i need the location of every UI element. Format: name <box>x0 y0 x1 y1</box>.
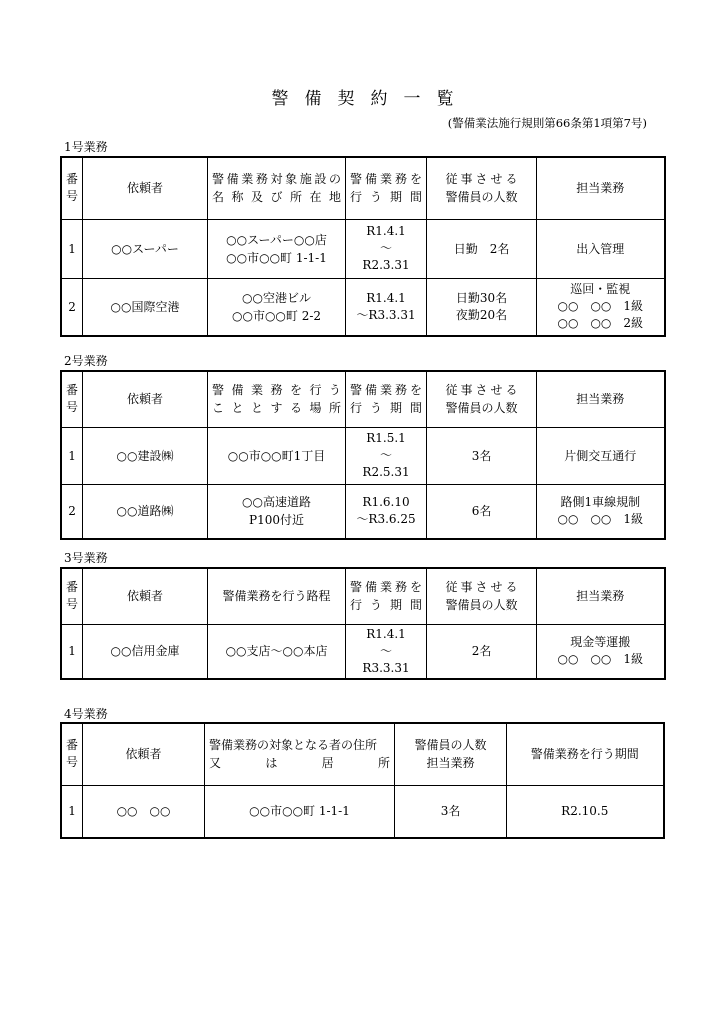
section-label-3: 3号業務 <box>64 549 108 566</box>
table-row: 1 ○○ ○○ ○○市○○町 1-1-1 3名 R2.10.5 <box>61 785 664 838</box>
col-header-guards: 従事させる警備員の人数 <box>427 371 537 427</box>
cell-place: ○○高速道路P100付近 <box>208 484 346 539</box>
cell-place: ○○市○○町1丁目 <box>208 427 346 484</box>
cell-period: R2.10.5 <box>507 785 664 838</box>
table-header-row: 番号 依頼者 警備業務を行う路程 警備業務を行う期間 従事させる警備員の人数 担… <box>61 568 665 624</box>
cell-number: 2 <box>61 484 83 539</box>
col-header-client: 依頼者 <box>83 157 208 219</box>
col-header-duty: 担当業務 <box>537 568 665 624</box>
table-row: 1 ○○スーパー ○○スーパー○○店○○市○○町 1-1-1 R1.4.1～R2… <box>61 219 665 278</box>
table-row: 2 ○○道路㈱ ○○高速道路P100付近 R1.6.10～R3.6.25 6名 … <box>61 484 665 539</box>
cell-duty: 片側交互通行 <box>537 427 665 484</box>
table-row: 1 ○○信用金庫 ○○支店～○○本店 R1.4.1～R3.3.31 2名 現金等… <box>61 624 665 679</box>
col-header-client: 依頼者 <box>83 568 208 624</box>
col-header-client: 依頼者 <box>83 723 205 785</box>
cell-guards: 6名 <box>427 484 537 539</box>
cell-number: 1 <box>61 785 83 838</box>
col-header-guards: 従事させる警備員の人数 <box>427 157 537 219</box>
document-page: 警備契約一覧 (警備業法施行規則第66条第1項第7号) 1号業務 番号 依頼者 … <box>0 0 725 1024</box>
contracts-table-4: 番号 依頼者 警備業務の対象となる者の住所又は居所 警備員の人数担当業務 警備業… <box>60 722 665 839</box>
cell-address: ○○市○○町 1-1-1 <box>205 785 395 838</box>
cell-guards: 2名 <box>427 624 537 679</box>
contracts-table-1: 番号 依頼者 警備業務対象施設の名称及び所在地 警備業務を行う期間 従事させる警… <box>60 156 666 337</box>
cell-number: 1 <box>61 427 83 484</box>
cell-route: ○○支店～○○本店 <box>208 624 346 679</box>
cell-client: ○○信用金庫 <box>83 624 208 679</box>
col-header-number: 番号 <box>61 157 83 219</box>
col-header-guards: 従事させる警備員の人数 <box>427 568 537 624</box>
table-row: 2 ○○国際空港 ○○空港ビル○○市○○町 2-2 R1.4.1～R3.3.31… <box>61 278 665 336</box>
cell-duty: 巡回・監視○○ ○○ 1級○○ ○○ 2級 <box>537 278 665 336</box>
cell-client: ○○建設㈱ <box>83 427 208 484</box>
col-header-client: 依頼者 <box>83 371 208 427</box>
contracts-table-2: 番号 依頼者 警備業務を行うこととする場所 警備業務を行う期間 従事させる警備員… <box>60 370 666 540</box>
document-title: 警備契約一覧 <box>0 84 725 109</box>
col-header-duty: 担当業務 <box>537 371 665 427</box>
section-label-4: 4号業務 <box>64 705 108 722</box>
col-header-period: 警備業務を行う期間 <box>346 568 427 624</box>
cell-period: R1.5.1～R2.5.31 <box>346 427 427 484</box>
cell-client: ○○道路㈱ <box>83 484 208 539</box>
table-header-row: 番号 依頼者 警備業務を行うこととする場所 警備業務を行う期間 従事させる警備員… <box>61 371 665 427</box>
col-header-number: 番号 <box>61 568 83 624</box>
cell-guards: 3名 <box>427 427 537 484</box>
cell-duty: 路側1車線規制○○ ○○ 1級 <box>537 484 665 539</box>
cell-period: R1.4.1～R3.3.31 <box>346 278 427 336</box>
cell-period: R1.4.1～R3.3.31 <box>346 624 427 679</box>
cell-duty: 出入管理 <box>537 219 665 278</box>
section-label-1: 1号業務 <box>64 138 108 155</box>
cell-client: ○○スーパー <box>83 219 208 278</box>
col-header-address: 警備業務の対象となる者の住所又は居所 <box>205 723 395 785</box>
col-header-period: 警備業務を行う期間 <box>346 371 427 427</box>
table-header-row: 番号 依頼者 警備業務の対象となる者の住所又は居所 警備員の人数担当業務 警備業… <box>61 723 664 785</box>
cell-facility: ○○空港ビル○○市○○町 2-2 <box>208 278 346 336</box>
cell-number: 1 <box>61 219 83 278</box>
cell-client: ○○国際空港 <box>83 278 208 336</box>
cell-duty: 現金等運搬○○ ○○ 1級 <box>537 624 665 679</box>
table-header-row: 番号 依頼者 警備業務対象施設の名称及び所在地 警備業務を行う期間 従事させる警… <box>61 157 665 219</box>
col-header-place: 警備業務を行うこととする場所 <box>208 371 346 427</box>
col-header-period: 警備業務を行う期間 <box>507 723 664 785</box>
col-header-duty: 担当業務 <box>537 157 665 219</box>
contracts-table-3: 番号 依頼者 警備業務を行う路程 警備業務を行う期間 従事させる警備員の人数 担… <box>60 567 666 680</box>
col-header-period: 警備業務を行う期間 <box>346 157 427 219</box>
col-header-facility: 警備業務対象施設の名称及び所在地 <box>208 157 346 219</box>
cell-number: 2 <box>61 278 83 336</box>
cell-period: R1.4.1～R2.3.31 <box>346 219 427 278</box>
document-subtitle: (警備業法施行規則第66条第1項第7号) <box>0 115 647 131</box>
cell-guards: 3名 <box>395 785 507 838</box>
col-header-number: 番号 <box>61 371 83 427</box>
cell-period: R1.6.10～R3.6.25 <box>346 484 427 539</box>
cell-number: 1 <box>61 624 83 679</box>
cell-client: ○○ ○○ <box>83 785 205 838</box>
col-header-number: 番号 <box>61 723 83 785</box>
col-header-guards-duty: 警備員の人数担当業務 <box>395 723 507 785</box>
cell-facility: ○○スーパー○○店○○市○○町 1-1-1 <box>208 219 346 278</box>
col-header-route: 警備業務を行う路程 <box>208 568 346 624</box>
table-row: 1 ○○建設㈱ ○○市○○町1丁目 R1.5.1～R2.5.31 3名 片側交互… <box>61 427 665 484</box>
cell-guards: 日勤 2名 <box>427 219 537 278</box>
section-label-2: 2号業務 <box>64 352 108 369</box>
cell-guards: 日勤30名夜勤20名 <box>427 278 537 336</box>
